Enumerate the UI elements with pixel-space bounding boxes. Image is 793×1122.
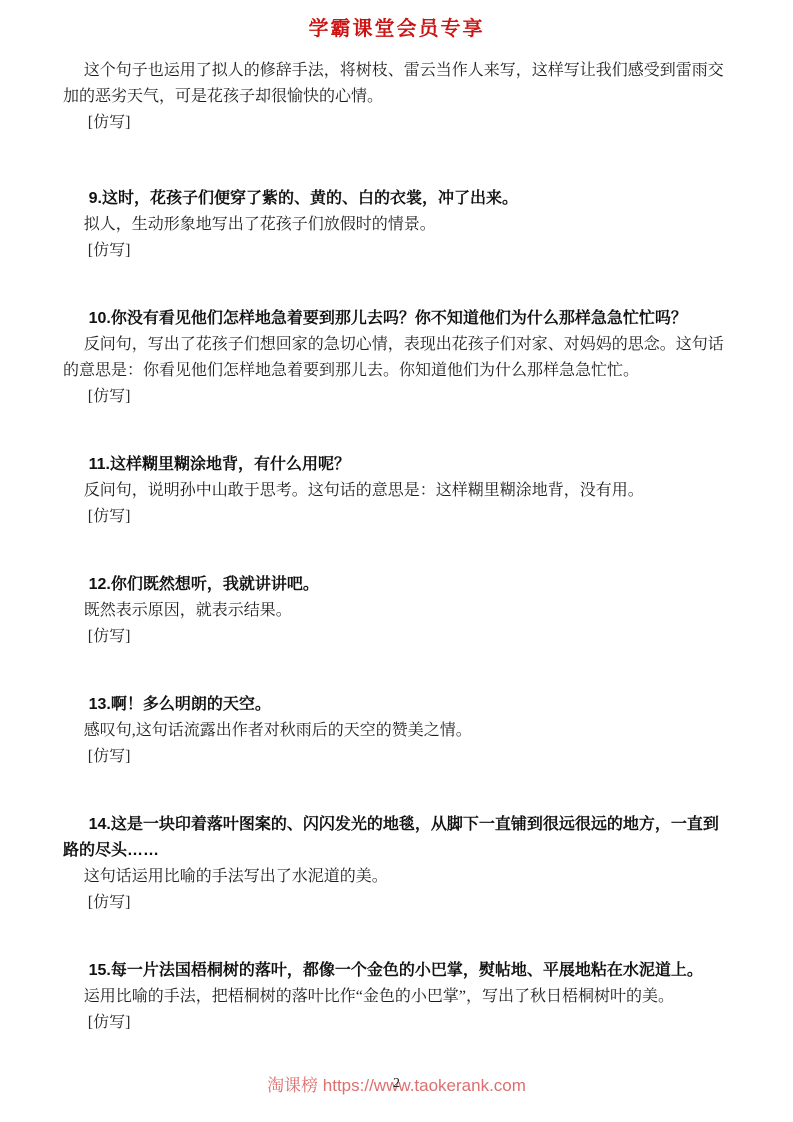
exercise-item-12: 12.你们既然想听，我就讲讲吧。 既然表示原因，就表示结果。 [仿写] xyxy=(63,572,730,650)
sentence-explanation: 运用比喻的手法，把梧桐树的落叶比作“金色的小巴掌”，写出了秋日梧桐树叶的美。 xyxy=(63,984,730,1010)
sentence-heading: 9.这时，花孩子们便穿了紫的、黄的、白的衣裳，冲了出来。 xyxy=(63,186,730,212)
imitate-label: [仿写] xyxy=(63,624,730,650)
sentence-heading: 10.你没有看见他们怎样地急着要到那儿去吗？你不知道他们为什么那样急急忙忙吗？ xyxy=(63,306,730,332)
exercise-item-13: 13.啊！多么明朗的天空。 感叹句,这句话流露出作者对秋雨后的天空的赞美之情。 … xyxy=(63,692,730,770)
exercise-item-11: 11.这样糊里糊涂地背，有什么用呢？ 反问句，说明孙中山敢于思考。这句话的意思是… xyxy=(63,452,730,530)
imitate-label: [仿写] xyxy=(63,890,730,916)
page-title: 学霸课堂会员专享 xyxy=(63,16,730,42)
exercise-item-10: 10.你没有看见他们怎样地急着要到那儿去吗？你不知道他们为什么那样急急忙忙吗？ … xyxy=(63,306,730,410)
sentence-explanation: 既然表示原因，就表示结果。 xyxy=(63,598,730,624)
document-page: 学霸课堂会员专享 这个句子也运用了拟人的修辞手法，将树枝、雷云当作人来写，这样写… xyxy=(0,0,793,1122)
imitate-label: [仿写] xyxy=(63,744,730,770)
imitate-label: [仿写] xyxy=(63,1010,730,1036)
sentence-explanation: 拟人，生动形象地写出了花孩子们放假时的情景。 xyxy=(63,212,730,238)
sentence-heading: 15.每一片法国梧桐树的落叶，都像一个金色的小巴掌，熨帖地、平展地粘在水泥道上。 xyxy=(63,958,730,984)
sentence-heading: 14.这是一块印着落叶图案的、闪闪发光的地毯，从脚下一直铺到很远很远的地方，一直… xyxy=(63,812,730,864)
exercise-item-15: 15.每一片法国梧桐树的落叶，都像一个金色的小巴掌，熨帖地、平展地粘在水泥道上。… xyxy=(63,958,730,1036)
intro-continuation-block: 这个句子也运用了拟人的修辞手法，将树枝、雷云当作人来写，这样写让我们感受到雷雨交… xyxy=(63,58,730,136)
page-number: 2 xyxy=(0,1076,793,1092)
exercise-item-14: 14.这是一块印着落叶图案的、闪闪发光的地毯，从脚下一直铺到很远很远的地方，一直… xyxy=(63,812,730,916)
imitate-label: [仿写] xyxy=(63,504,730,530)
sentence-explanation: 反问句，写出了花孩子们想回家的急切心情，表现出花孩子们对家、对妈妈的思念。这句话… xyxy=(63,332,730,384)
imitate-label: [仿写] xyxy=(63,238,730,264)
sentence-heading: 11.这样糊里糊涂地背，有什么用呢？ xyxy=(63,452,730,478)
sentence-heading: 12.你们既然想听，我就讲讲吧。 xyxy=(63,572,730,598)
imitate-label: [仿写] xyxy=(63,110,730,136)
sentence-explanation: 这句话运用比喻的手法写出了水泥道的美。 xyxy=(63,864,730,890)
sentence-heading: 13.啊！多么明朗的天空。 xyxy=(63,692,730,718)
sentence-explanation: 反问句，说明孙中山敢于思考。这句话的意思是：这样糊里糊涂地背，没有用。 xyxy=(63,478,730,504)
intro-paragraph: 这个句子也运用了拟人的修辞手法，将树枝、雷云当作人来写，这样写让我们感受到雷雨交… xyxy=(63,58,730,110)
sentence-explanation: 感叹句,这句话流露出作者对秋雨后的天空的赞美之情。 xyxy=(63,718,730,744)
exercise-item-9: 9.这时，花孩子们便穿了紫的、黄的、白的衣裳，冲了出来。 拟人，生动形象地写出了… xyxy=(63,186,730,264)
imitate-label: [仿写] xyxy=(63,384,730,410)
